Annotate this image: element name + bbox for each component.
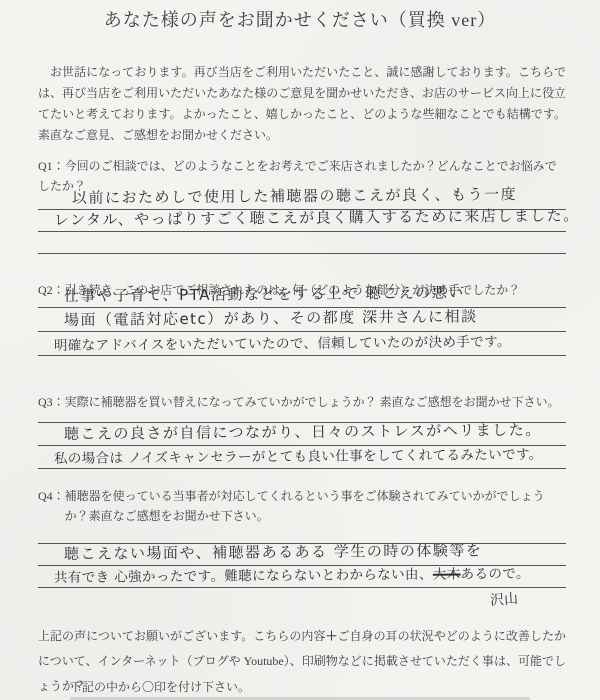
handwritten-text: 明確なアドバイスをいただいていたので、信頼していたのが決め手です。	[54, 330, 511, 354]
handwritten-text: 私の場合は ノイズキャンセラーがとても良い仕事をしてくれてるみたいです。	[54, 443, 543, 467]
handwritten-text: 共有でき 心強かったです。難聴にならないとわからない由、大木あるので。	[54, 562, 530, 586]
handwritten-text-post: あるので。	[461, 566, 530, 583]
struck-out-text: 大木	[433, 566, 461, 582]
answer-block-q1: 以前におためしで使用した補聴器の聴こえが良く、もう一度 レンタル、やっぱりすごく…	[38, 188, 566, 254]
handwritten-text: 仕事や子育て、PTA活動などをする上で 聴こえの悪い	[64, 282, 465, 306]
question-q4: Q4：補聴器を使っている当事者が対応してくれるという事をご体験されてみていかがで…	[38, 486, 566, 526]
answer-line: 明確なアドバイスをいただいていたので、信頼していたのが決め手です。	[38, 332, 566, 356]
answer-line: 仕事や子育て、PTA活動などをする上で 聴こえの悪い	[38, 284, 566, 308]
handwritten-text: レンタル、やっぱりすごく聴こえが良く購入するために来店しました。	[54, 204, 580, 230]
answer-block-q2: 仕事や子育て、PTA活動などをする上で 聴こえの悪い 場面（電話対応etc）があ…	[38, 284, 566, 356]
handwritten-text: 場面（電話対応etc）があり、その都度 深井さんに相談	[64, 305, 478, 330]
plus-symbol: ＋	[325, 629, 337, 643]
question-q4-text: 補聴器を使っている当事者が対応してくれるという事をご体験されてみていかがでしょう…	[65, 486, 566, 526]
page-title: あなた様の声をお聞かせください（買換 ver）	[0, 6, 600, 32]
circle-mark-instruction: 下記の中から〇印を付け下さい。	[70, 678, 250, 695]
answer-line	[38, 232, 566, 254]
handwritten-correction: 沢山	[489, 588, 518, 610]
handwritten-text: 聴こえない場面や、補聴器あるある 学生の時の体験等を	[64, 539, 483, 564]
intro-paragraph: お世話になっております。再び当店をご利用いただいたこと、誠に感謝しております。こ…	[38, 62, 566, 146]
scanned-survey-document: { "title": "あなた様の声をお聞かせください（買換 ver）", "i…	[0, 0, 600, 700]
note-text-pre: 上記の声についてお願いがございます。こちらの内容	[38, 629, 325, 643]
handwritten-text-pre: 共有でき 心強かったです。難聴にならないとわからない由、	[54, 567, 433, 586]
question-q4-label: Q4：	[38, 486, 65, 526]
answer-line: 場面（電話対応etc）があり、その都度 深井さんに相談	[38, 308, 566, 332]
handwritten-text: 聴こえの良さが自信につながり、日々のストレスがヘリました。	[64, 419, 542, 444]
answer-block-q4: 聴こえない場面や、補聴器あるある 学生の時の体験等を 共有でき 心強かったです。…	[38, 522, 566, 588]
question-q1-label: Q1：	[38, 159, 65, 173]
answer-line: レンタル、やっぱりすごく聴こえが良く購入するために来店しました。	[38, 210, 566, 232]
handwritten-text: 以前におためしで使用した補聴器の聴こえが良く、もう一度	[72, 183, 517, 208]
answer-line: 共有でき 心強かったです。難聴にならないとわからない由、大木あるので。	[38, 566, 566, 588]
answer-block-q3: 聴こえの良さが自信につながり、日々のストレスがヘリました。 私の場合は ノイズキ…	[38, 400, 566, 469]
answer-line: 私の場合は ノイズキャンセラーがとても良い仕事をしてくれてるみたいです。	[38, 446, 566, 469]
